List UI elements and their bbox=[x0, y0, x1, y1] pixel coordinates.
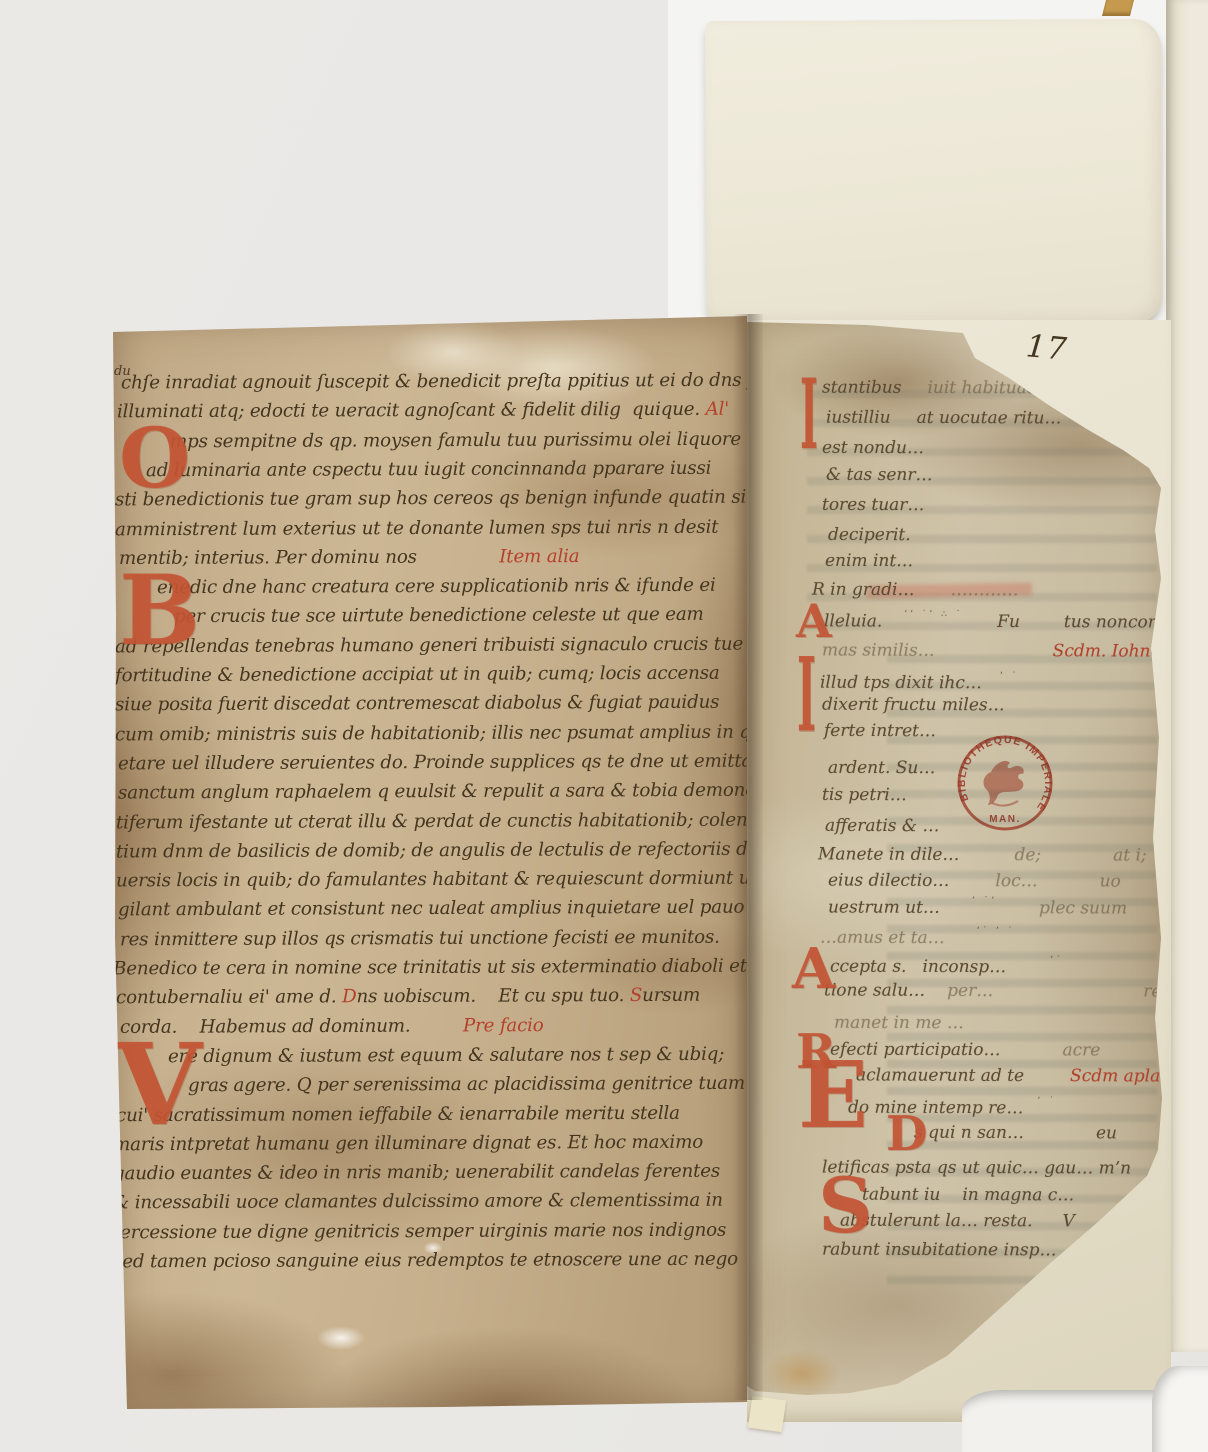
manuscript-text: in magna c… bbox=[962, 1185, 1074, 1205]
manuscript-text: …amus et ta… bbox=[820, 928, 945, 948]
text-line: tercessione tue digne genitricis semper … bbox=[113, 1219, 726, 1243]
text-line: uersis locis in quib; do famulantes habi… bbox=[116, 868, 756, 892]
text-line: ferte intret… bbox=[824, 721, 936, 741]
text-line: tabunt iuin magna c… bbox=[862, 1185, 1074, 1206]
text-line: manet in me … bbox=[834, 1013, 964, 1033]
manuscript-text: aclamauerunt ad te bbox=[856, 1065, 1024, 1086]
drop-cap-initial: S bbox=[818, 1176, 873, 1235]
manuscript-text: ferte intret… bbox=[824, 721, 936, 741]
text-line: uestrum ut…’ ˙’plec suum bbox=[828, 895, 1127, 918]
text-line: per crucis tue sce uirtute benedictione … bbox=[174, 604, 704, 627]
rubric-text: D bbox=[342, 987, 357, 1008]
manuscript-text: V bbox=[1063, 1211, 1075, 1231]
manuscript-text: sed tamen pcioso sanguine eius redemptos… bbox=[113, 1249, 738, 1273]
manuscript-text: mps sempitne ds qp. moysen famulu tuu pu… bbox=[170, 428, 764, 452]
text-line: ere dignum & iustum est equum & salutare… bbox=[168, 1044, 724, 1067]
text-line: do mine intemp re…’ ˙ bbox=[848, 1096, 1057, 1119]
text-line: mas similis…Scdm. Iohne bbox=[822, 640, 1161, 661]
text-line: & tas senr… bbox=[826, 465, 933, 485]
text-line: siue posita fuerit discedat contremescat… bbox=[115, 692, 719, 716]
text-line: enedic dne hanc creatura cere supplicati… bbox=[157, 575, 716, 598]
manuscript-text: gilant ambulant et consistunt nec ualeat… bbox=[118, 897, 744, 921]
underlying-page-edge bbox=[1166, 0, 1208, 1352]
manuscript-text: lleluia. bbox=[824, 611, 882, 631]
margin-note: du bbox=[114, 364, 131, 379]
drop-cap-initial: D bbox=[886, 1116, 928, 1153]
text-line: tiferum ifestante ut cterat illu & perda… bbox=[116, 809, 748, 833]
bottom-page-stack-edge bbox=[1152, 1366, 1208, 1452]
library-stamp: BIBLIOTHEQUE IMPERIALE MAN. bbox=[944, 722, 1066, 844]
text-line: illuminati atq; edocti te ueracit agnoſc… bbox=[117, 399, 729, 423]
manuscript-text: plec suum bbox=[1039, 898, 1127, 918]
text-line: gras agere. Q per serenissima ac placidi… bbox=[188, 1073, 745, 1096]
drop-cap-initial: V bbox=[115, 1042, 202, 1129]
manuscript-text: per crucis tue sce uirtute benedictione … bbox=[174, 604, 704, 627]
manuscript-text: ns uobiscum. Et cu spu tuo. bbox=[356, 985, 629, 1007]
text-line: illud tps dixit ihc…’ ˙ bbox=[820, 671, 1019, 694]
text-line: Benedico te cera in nomine sce trinitati… bbox=[113, 956, 747, 980]
text-line: fortitudine & benedictione accipiat ut i… bbox=[115, 663, 720, 687]
manuscript-text: uersis locis in quib; do famulantes habi… bbox=[116, 868, 756, 892]
text-line: ccepta s.inconsp…’˙ bbox=[830, 955, 1064, 978]
manuscript-photo: chſe inradiat agnouit ſuscepit & benedic… bbox=[0, 0, 1208, 1452]
text-line: Manete in dile…de;at i; bbox=[818, 844, 1147, 865]
text-line: afferatis & … bbox=[825, 816, 940, 836]
text-line: aclamauerunt ad teScdm apla Phm bbox=[856, 1065, 1204, 1086]
manuscript-text: tione salu… bbox=[824, 980, 925, 1000]
manuscript-text: tis petri… bbox=[822, 785, 907, 805]
stamp-bottom-text: MAN. bbox=[989, 814, 1021, 825]
text-line: cum omib; ministris suis de habitationib… bbox=[115, 721, 768, 745]
manuscript-text: do mine intemp re… bbox=[848, 1098, 1023, 1119]
manuscript-text: & tas senr… bbox=[826, 465, 933, 485]
neume-marks: ’’ ˙’ ∴ ˙ bbox=[904, 610, 963, 620]
manuscript-text: amministrent lum exterius ut te donante … bbox=[115, 516, 718, 540]
manuscript-text: gras agere. Q per serenissima ac placidi… bbox=[188, 1073, 745, 1096]
left-parchment-page: chſe inradiat agnouit ſuscepit & benedic… bbox=[113, 316, 747, 1412]
text-line: abstulerunt la… resta.V bbox=[840, 1211, 1075, 1232]
neume-marks: ’ ˙ bbox=[1000, 671, 1019, 681]
text-line: etare uel illudere seruientes do. Proind… bbox=[118, 750, 761, 774]
manuscript-text: manet in me … bbox=[834, 1013, 964, 1033]
text-line: tione salu…per…re bbox=[824, 980, 1162, 1001]
drop-cap-initial: O bbox=[119, 428, 190, 492]
rubric-text: ………… bbox=[950, 580, 1018, 600]
text-line: eius dilectio…loc…uo bbox=[828, 870, 1121, 891]
text-line: sanctum anglum raphaelem q euulsit & rep… bbox=[118, 780, 798, 804]
text-line: s qui n san…eu bbox=[914, 1123, 1117, 1144]
manuscript-text: & incessabili uoce clamantes dulcissimo … bbox=[113, 1190, 723, 1214]
text-line: sed tamen pcioso sanguine eius redemptos… bbox=[113, 1249, 738, 1273]
manuscript-text: tium dnm de basilicis de domib; de angul… bbox=[116, 838, 793, 862]
manuscript-text: afferatis & … bbox=[825, 816, 940, 836]
manuscript-text: illud tps dixit ihc… bbox=[820, 673, 982, 694]
manuscript-text: at uocutae ritu… bbox=[917, 408, 1062, 429]
manuscript-text: chſe inradiat agnouit ſuscepit & benedic… bbox=[121, 370, 806, 394]
text-line: lleluia.’’ ˙’ ∴ ˙Futus noncom inch… bbox=[824, 609, 1208, 632]
manuscript-text: loc… bbox=[995, 871, 1037, 891]
manuscript-text: Fu bbox=[997, 612, 1020, 632]
text-line: dixerit fructu miles… bbox=[822, 695, 1005, 716]
manuscript-text: mas similis… bbox=[822, 640, 935, 660]
text-line: tores tuar… bbox=[822, 495, 925, 515]
text-line: R in gradi…………… bbox=[812, 580, 1019, 601]
manuscript-text: ad luminaria ante cspectu tuu iugit conc… bbox=[146, 458, 711, 481]
text-line: iustilliuat uocutae ritu… bbox=[826, 408, 1062, 429]
manuscript-text: acre bbox=[1062, 1040, 1100, 1060]
manuscript-text: eu bbox=[1096, 1123, 1117, 1143]
manuscript-text: de; bbox=[1014, 845, 1041, 865]
text-line: amministrent lum exterius ut te donante … bbox=[115, 516, 718, 540]
manuscript-text: dixerit fructu miles… bbox=[822, 695, 1005, 716]
manuscript-text: est nondu… bbox=[822, 438, 924, 458]
manuscript-text: uestrum ut… bbox=[828, 897, 940, 917]
manuscript-text: eius dilectio… bbox=[828, 870, 949, 890]
manuscript-text: gaudio euantes & ideo in nris manib; uen… bbox=[113, 1161, 720, 1185]
manuscript-text: res inmittere sup illos qs crismatis tui… bbox=[120, 926, 725, 950]
manuscript-text: tabunt iu bbox=[862, 1185, 940, 1205]
manuscript-text: Benedico te cera in nomine sce trinitati… bbox=[113, 956, 747, 980]
manuscript-text: siue posita fuerit discedat contremescat… bbox=[115, 692, 719, 716]
stamp-eagle-perch bbox=[992, 801, 1018, 806]
text-line: gaudio euantes & ideo in nris manib; uen… bbox=[113, 1161, 720, 1185]
text-line: ardent. Su… bbox=[828, 758, 935, 778]
rubric-text: Item alia bbox=[499, 546, 579, 567]
drop-cap-initial: I bbox=[800, 378, 818, 453]
manuscript-text: iustilliu bbox=[826, 408, 891, 428]
rubric-text: Pre facio bbox=[463, 1015, 544, 1036]
manuscript-text: per… bbox=[947, 981, 993, 1001]
manuscript-text: contubernaliu ei' ame d. bbox=[116, 987, 342, 1009]
manuscript-text: uo bbox=[1100, 871, 1121, 891]
manuscript-text: Manete in dile… bbox=[818, 844, 960, 864]
interleaf-sheet bbox=[705, 19, 1163, 326]
drop-cap-initial: I bbox=[797, 656, 816, 736]
manuscript-text: ad repellendas tenebras humano generi tr… bbox=[115, 633, 743, 657]
manuscript-text: ccepta s. bbox=[830, 957, 907, 977]
manuscript-text: deciperit. bbox=[828, 525, 911, 545]
manuscript-text: stantibus bbox=[822, 378, 902, 398]
manuscript-text: enim int… bbox=[825, 551, 913, 571]
text-line: …amus et ta…’˙ ’ ˙ bbox=[820, 926, 1015, 949]
manuscript-text: tercessione tue digne genitricis semper … bbox=[113, 1219, 726, 1243]
binding-tab bbox=[1102, 0, 1134, 16]
neume-marks: ’ ˙’ bbox=[972, 896, 997, 906]
rubric-text: Al' bbox=[706, 399, 730, 420]
text-line: gilant ambulant et consistunt nec ualeat… bbox=[118, 897, 744, 921]
manuscript-text: sti benedictionis tue gram sup hos cereo… bbox=[115, 487, 756, 511]
manuscript-text: tiferum ifestante ut cterat illu & perda… bbox=[116, 809, 748, 833]
text-line: tium dnm de basilicis de domib; de angul… bbox=[116, 838, 793, 862]
manuscript-text: ursum bbox=[642, 985, 700, 1006]
manuscript-text: etare uel illudere seruientes do. Proind… bbox=[118, 750, 761, 774]
manuscript-text: illuminati atq; edocti te ueracit agnoſc… bbox=[117, 399, 706, 423]
manuscript-text: sanctum anglum raphaelem q euulsit & rep… bbox=[118, 780, 798, 804]
gutter-fold-tab bbox=[748, 1396, 786, 1432]
text-line: ad repellendas tenebras humano generi tr… bbox=[115, 633, 743, 657]
text-line: res inmittere sup illos qs crismatis tui… bbox=[120, 926, 725, 950]
manuscript-text: tores tuar… bbox=[822, 495, 925, 515]
neume-marks: ’˙ ’ ˙ bbox=[977, 926, 1015, 936]
manuscript-text: at i; bbox=[1113, 845, 1147, 865]
text-line: tis petri… bbox=[822, 785, 907, 805]
text-line: contubernaliu ei' ame d. Dns uobiscum. E… bbox=[116, 985, 700, 1009]
text-line: sti benedictionis tue gram sup hos cereo… bbox=[115, 487, 756, 511]
drop-cap-initial: B bbox=[119, 574, 200, 649]
text-line: chſe inradiat agnouit ſuscepit & benedic… bbox=[121, 370, 806, 394]
manuscript-text: enedic dne hanc creatura cere supplicati… bbox=[157, 575, 716, 598]
text-line: & incessabili uoce clamantes dulcissimo … bbox=[113, 1190, 723, 1214]
rubric-text: S bbox=[630, 985, 642, 1006]
neume-marks: ’ ˙ bbox=[1037, 1096, 1056, 1106]
manuscript-text: inconsp… bbox=[922, 957, 1006, 977]
manuscript-text: cum omib; ministris suis de habitationib… bbox=[115, 721, 768, 745]
text-line: mps sempitne ds qp. moysen famulu tuu pu… bbox=[170, 428, 764, 452]
drop-cap-initial: E bbox=[798, 1060, 868, 1132]
text-line: est nondu… bbox=[822, 438, 924, 458]
neume-marks: ’˙ bbox=[1050, 955, 1063, 965]
drop-cap-initial: A bbox=[792, 948, 835, 992]
folio-number: 17 bbox=[1025, 328, 1069, 367]
text-line: enim int… bbox=[825, 551, 913, 571]
manuscript-text: ere dignum & iustum est equum & salutare… bbox=[168, 1044, 724, 1067]
manuscript-text: ardent. Su… bbox=[828, 758, 935, 778]
text-line: deciperit. bbox=[828, 525, 911, 545]
rubric-text: Scdm. Iohne bbox=[1053, 641, 1161, 661]
text-line: ad luminaria ante cspectu tuu iugit conc… bbox=[146, 458, 711, 481]
stamp-eagle-icon bbox=[984, 761, 1024, 805]
manuscript-text: fortitudine & benedictione accipiat ut i… bbox=[115, 663, 720, 687]
manuscript-text: s qui n san… bbox=[914, 1123, 1024, 1143]
text-line: efecti participatio…acre bbox=[830, 1040, 1100, 1061]
